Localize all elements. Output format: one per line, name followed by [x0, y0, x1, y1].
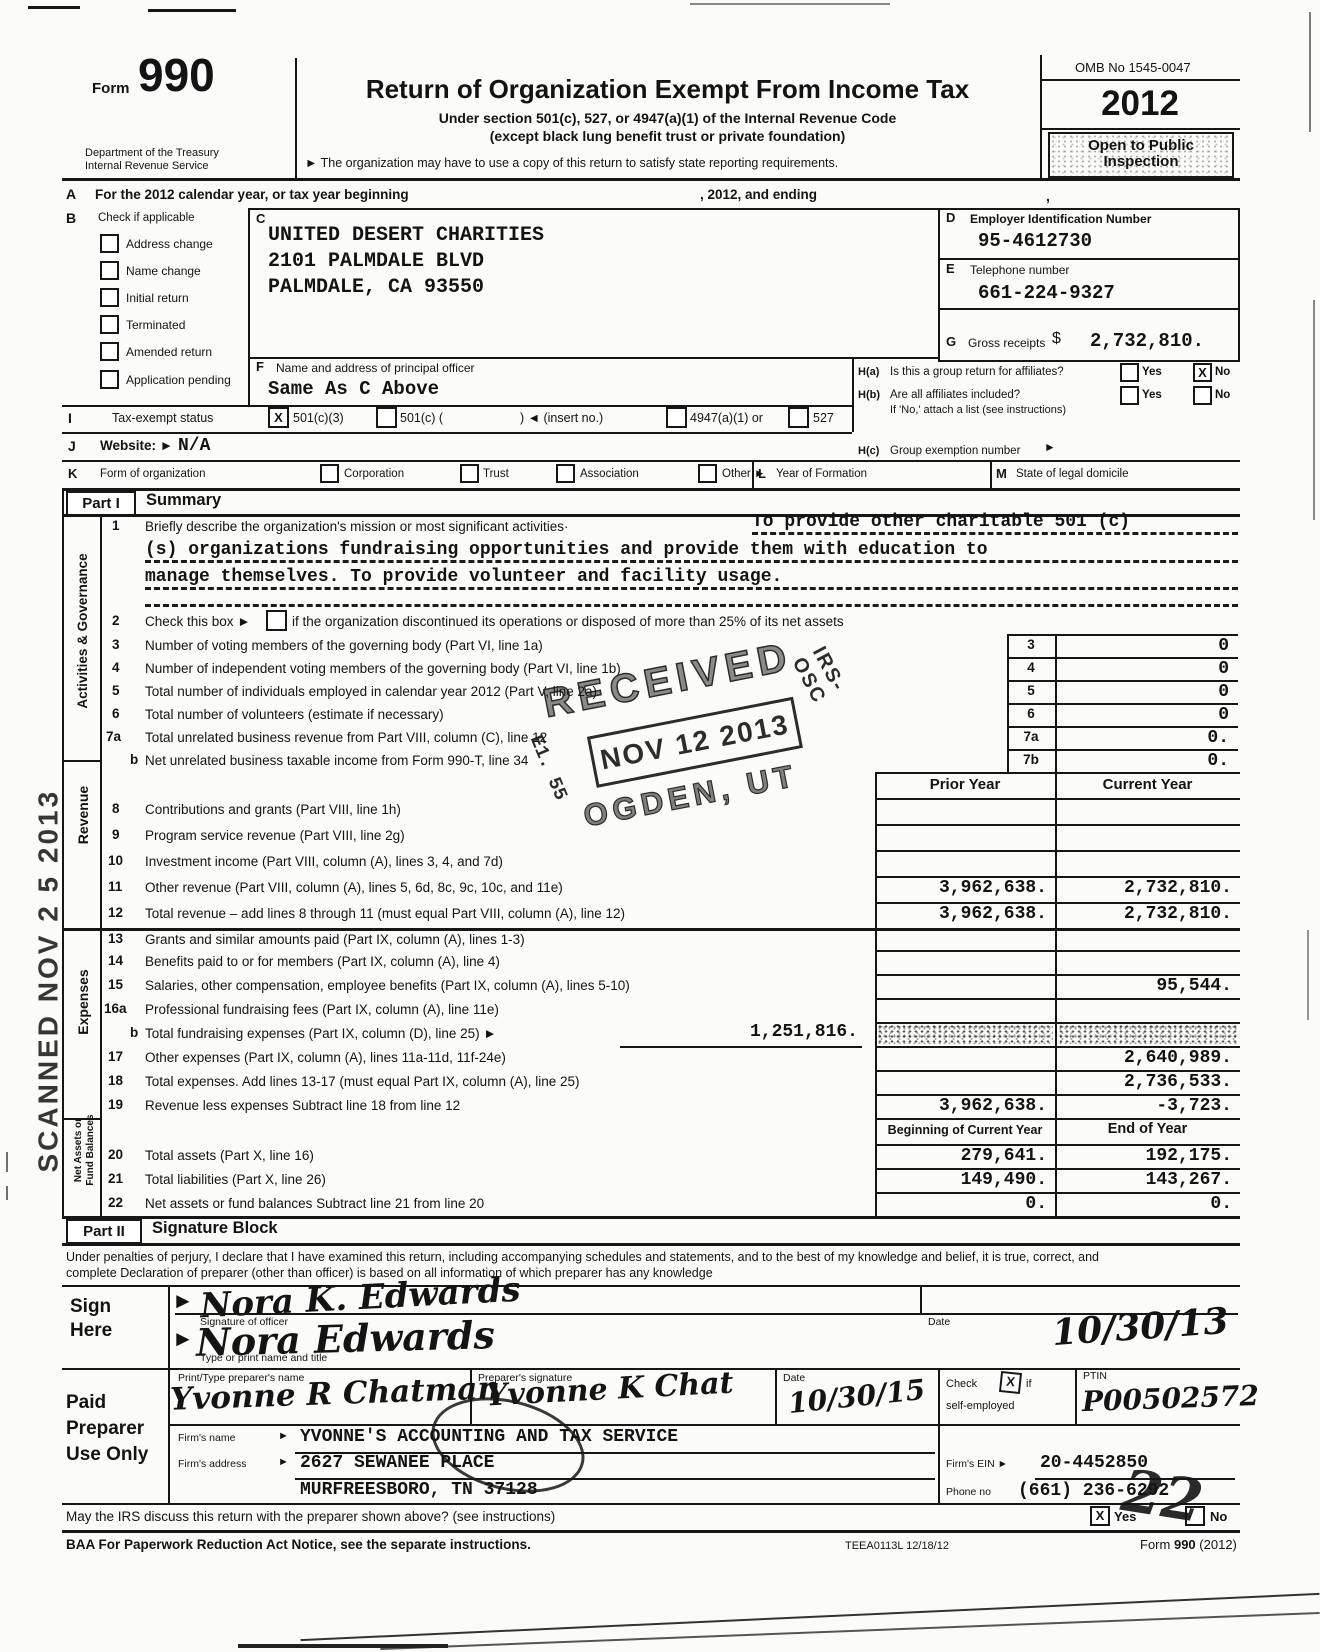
line2-num: 2 [112, 613, 120, 628]
divider [62, 1503, 1240, 1505]
exp-row-num: 17 [108, 1049, 123, 1064]
comma-mark: , [1046, 188, 1050, 204]
exp-row-current: -3,723. [1059, 1096, 1232, 1116]
form-subtitle2: (except black lung benefit trust or priv… [300, 128, 1035, 144]
firm-address2: MURFREESBORO, TN 37128 [300, 1480, 538, 1500]
gov-row-value: 0 [1057, 682, 1229, 702]
discontinued-checkbox[interactable] [266, 610, 287, 631]
col-current-year: Current Year [1055, 776, 1240, 793]
divider [938, 208, 940, 360]
received-stamp-code: IRS-OSC [787, 643, 860, 725]
org-address1: 2101 PALMDALE BLVD [268, 250, 484, 273]
discuss-yes-checkbox[interactable]: X [1090, 1506, 1110, 1526]
net-row-end: 0. [1059, 1194, 1232, 1214]
divider [1040, 128, 1240, 130]
footer-form-year: (2012) [1199, 1537, 1237, 1552]
gov-row-box: 7a [1007, 729, 1055, 744]
firm-ein-label: Firm's EIN ► [946, 1458, 1008, 1470]
org-trust-checkbox[interactable] [460, 464, 479, 483]
box-g-letter: G [946, 334, 956, 349]
printed-name-arrow: ► [172, 1326, 194, 1352]
option-501c-insert: ) ◄ (insert no.) [520, 411, 603, 425]
form-number: 990 [138, 48, 215, 102]
part2-tag: Part II [66, 1219, 142, 1244]
baa-notice: BAA For Paperwork Reduction Act Notice, … [66, 1537, 531, 1552]
rev-row-prior: 3,962,638. [877, 878, 1047, 898]
fundraising-total-value: 1,251,816. [690, 1022, 858, 1042]
form-of-org-label: Form of organization [100, 468, 205, 480]
divider [875, 824, 1240, 826]
website-label: Website: ► [100, 438, 173, 453]
omb-number: OMB No 1545-0047 [1075, 60, 1191, 75]
gov-row-num: 5 [112, 683, 120, 698]
part1-title: Summary [146, 491, 221, 510]
divider [62, 1530, 1240, 1533]
gov-row-box: 5 [1007, 683, 1055, 698]
org-address2: PALMDALE, CA 93550 [268, 276, 484, 299]
line-m-letter: M [996, 466, 1007, 481]
open-to-public-box: Open to Public Inspection [1048, 132, 1234, 178]
rev-row-text: Other revenue (Part VIII, column (A), li… [145, 880, 563, 895]
label-terminated: Terminated [126, 318, 185, 332]
divider [990, 460, 992, 488]
checkbox-initial-return[interactable] [100, 288, 119, 307]
sign-label-1: Sign [70, 1296, 111, 1318]
net-row-num: 20 [108, 1147, 123, 1162]
scanned-stamp: SCANNED NOV 2 5 2013 [33, 848, 69, 1173]
phone-no-label: Phone no [946, 1486, 991, 1498]
officer-date[interactable]: 10/30/13 [1051, 1300, 1230, 1354]
box-b-title: Check if applicable [98, 212, 195, 224]
mission-line1: To provide other charitable 501 (c) [752, 512, 1238, 535]
rev-row-current: 2,732,810. [1059, 878, 1232, 898]
ha-yes-label: Yes [1142, 366, 1162, 378]
tax-exempt-4947-checkbox[interactable] [666, 407, 687, 428]
col-prior-year: Prior Year [875, 776, 1055, 793]
ha-letter: H(a) [858, 366, 879, 378]
firm-name-arrow: ► [278, 1430, 289, 1442]
scan-artifact-line [690, 3, 890, 5]
gov-row-num: 7a [106, 729, 121, 744]
shaded-cell-current [1058, 1024, 1238, 1044]
gov-row-num: 4 [112, 660, 120, 675]
scan-artifact-line [6, 1186, 8, 1200]
check-x: X [1006, 1374, 1016, 1390]
open-to-public-line1: Open to Public [1050, 137, 1232, 154]
box-f-letter: F [256, 359, 264, 374]
rev-row-num: 8 [112, 801, 120, 816]
paid-label-2: Preparer [66, 1418, 144, 1440]
gov-row-box: 3 [1007, 637, 1055, 652]
exp-row-num: 13 [108, 931, 123, 946]
mission-line2: (s) organizations fundraising opportunit… [145, 540, 1238, 563]
sidebar-activities-governance: Activities & Governance [75, 515, 93, 747]
divider [248, 208, 1240, 210]
exp-row-text: Salaries, other compensation, employee b… [145, 978, 630, 993]
divider [248, 208, 250, 405]
rev-row-text: Program service revenue (Part VIII, line… [145, 828, 405, 843]
sidebar-expenses: Expenses [75, 942, 93, 1062]
option-trust: Trust [483, 468, 509, 480]
dept-line2: Internal Revenue Service [85, 160, 209, 172]
exp-row-text: Total expenses. Add lines 13-17 (must eq… [145, 1074, 579, 1089]
divider [938, 1424, 940, 1503]
gov-row-value: 0 [1057, 705, 1229, 725]
phone-label: Telephone number [970, 263, 1069, 277]
signature-arrow: ► [172, 1288, 194, 1314]
check-label: Check [946, 1378, 977, 1390]
open-to-public-line2: Inspection [1050, 153, 1232, 170]
form-title: Return of Organization Exempt From Incom… [300, 74, 1035, 105]
org-other-checkbox[interactable] [698, 464, 717, 483]
divider [938, 308, 1240, 310]
hb-yes-checkbox[interactable] [1120, 386, 1139, 405]
exp-row-num: 15 [108, 977, 123, 992]
website-value: N/A [178, 436, 210, 456]
divider [1238, 208, 1240, 360]
divider [62, 432, 852, 434]
perjury-line1: Under penalties of perjury, I declare th… [66, 1250, 1099, 1264]
firm-address-label: Firm's address [178, 1458, 247, 1470]
label-amended-return: Amended return [126, 345, 212, 359]
scan-artifact-line [1313, 300, 1315, 520]
gov-row-num: 3 [112, 637, 120, 652]
exp-row-text: Total fundraising expenses (Part IX, col… [145, 1026, 497, 1041]
checkbox-address-change[interactable] [100, 234, 119, 253]
footer-form-num: 990 [1174, 1537, 1196, 1552]
line-l-letter: L [758, 466, 766, 481]
divider [875, 798, 1240, 800]
ha-text: Is this a group return for affiliates? [890, 366, 1064, 378]
received-stamp-side: E1. 55 [525, 732, 572, 804]
scan-artifact-line [6, 1152, 8, 1172]
ptin-label: PTIN [1083, 1370, 1107, 1382]
gov-row-box: 6 [1007, 706, 1055, 721]
gov-row-text: Net unrelated business taxable income fr… [145, 753, 528, 768]
gov-row-text: Total number of volunteers (estimate if … [145, 707, 444, 722]
checkbox-terminated[interactable] [100, 315, 119, 334]
exp-row-text: Benefits paid to or for members (Part IX… [145, 954, 500, 969]
hc-text: Group exemption number [890, 445, 1020, 457]
divider [1075, 1368, 1077, 1424]
principal-officer-label: Name and address of principal officer [276, 361, 475, 375]
option-527: 527 [813, 411, 834, 425]
hb-letter: H(b) [858, 389, 880, 401]
divider [775, 1368, 777, 1424]
footer-form-word: Form [1140, 1537, 1170, 1552]
sidebar-net-assets: Net Assets or Fund Balances [73, 1090, 99, 1210]
gov-row-value: 0. [1057, 728, 1229, 748]
ha-yes-checkbox[interactable] [1120, 363, 1139, 382]
firm-name-label: Firm's name [178, 1432, 235, 1444]
exp-row-num: 16a [104, 1001, 127, 1016]
net-row-text: Total assets (Part X, line 16) [145, 1148, 314, 1163]
net-row-num: 21 [108, 1171, 123, 1186]
org-association-checkbox[interactable] [556, 464, 575, 483]
option-corporation: Corporation [344, 468, 404, 480]
self-employed-label: self-employed [946, 1400, 1014, 1412]
rev-row-prior: 3,962,638. [877, 904, 1047, 924]
col-end-of-year: End of Year [1055, 1121, 1240, 1137]
line-k-letter: K [68, 466, 77, 481]
shaded-cell-prior [877, 1024, 1053, 1044]
rev-row-num: 9 [112, 827, 120, 842]
rev-row-current: 2,732,810. [1059, 904, 1232, 924]
fundraising-underline [620, 1046, 862, 1048]
ein-label: Employer Identification Number [970, 212, 1151, 226]
divider [938, 1368, 940, 1424]
option-4947: 4947(a)(1) or [690, 411, 763, 425]
domicile-label: State of legal domicile [1016, 468, 1129, 480]
dept-line1: Department of the Treasury [85, 147, 219, 159]
hb-note: If 'No,' attach a list (see instructions… [890, 404, 1066, 416]
net-row-text: Net assets or fund balances Subtract lin… [145, 1196, 484, 1211]
hc-letter: H(c) [858, 445, 879, 457]
ptin-value[interactable]: P00502572 [1081, 1379, 1259, 1418]
exp-row-prior: 3,962,638. [877, 1096, 1047, 1116]
year-formation-label: Year of Formation [776, 468, 867, 480]
rev-row-text: Total revenue – add lines 8 through 11 (… [145, 906, 625, 921]
principal-officer-value: Same As C Above [268, 378, 439, 400]
exp-row-num: 14 [108, 953, 123, 968]
net-row-end: 192,175. [1059, 1146, 1232, 1166]
rev-row-text: Investment income (Part VIII, column (A)… [145, 854, 503, 869]
sidebar-net-line1: Net Assets or [73, 1090, 85, 1210]
discuss-text: May the IRS discuss this return with the… [66, 1509, 555, 1524]
divider [62, 760, 100, 762]
checkbox-application-pending[interactable] [100, 370, 119, 389]
divider [938, 360, 1240, 362]
option-501c: 501(c) ( [400, 411, 443, 425]
divider [62, 460, 1240, 462]
option-501c3: 501(c)(3) [293, 411, 344, 425]
exp-row-num: 19 [108, 1097, 123, 1112]
net-row-end: 143,267. [1059, 1170, 1232, 1190]
state-note: ► The organization may have to use a cop… [305, 156, 838, 170]
footer-code: TEEA0113L 12/18/12 [845, 1540, 949, 1552]
header-rule [62, 178, 1240, 181]
line-j-letter: J [68, 438, 76, 454]
tax-exempt-501c3-checkbox[interactable]: X [268, 407, 289, 428]
hb-yes-label: Yes [1142, 389, 1162, 401]
checkbox-name-change[interactable] [100, 261, 119, 280]
scan-artifact-line [148, 9, 236, 12]
ha-no-checkbox[interactable]: X [1193, 363, 1212, 382]
preparer-date[interactable]: 10/30/15 [787, 1373, 927, 1420]
divider [875, 850, 1240, 852]
part2-rule-bottom [62, 1243, 1240, 1246]
date-label: Date [928, 1316, 950, 1328]
dollar-sign: $ [1052, 330, 1061, 348]
tax-exempt-527-checkbox[interactable] [788, 407, 809, 428]
col-divider [1055, 772, 1057, 1216]
exp-row-current: 95,544. [1059, 976, 1232, 996]
firm-name-value: YVONNE'S ACCOUNTING AND TAX SERVICE [300, 1427, 678, 1447]
section-divider [62, 928, 1240, 931]
check-if-label: if [1026, 1378, 1032, 1390]
gov-row-num: b [130, 752, 138, 767]
paid-label-1: Paid [66, 1392, 106, 1414]
divider [875, 950, 1240, 952]
gross-receipts-label: Gross receipts [968, 336, 1045, 350]
exp-row-num: b [130, 1025, 138, 1040]
check-x: X [1096, 1508, 1105, 1523]
label-application-pending: Application pending [126, 373, 231, 387]
divider [875, 1118, 1240, 1120]
exp-row-text: Other expenses (Part IX, column (A), lin… [145, 1050, 506, 1065]
exp-row-text: Professional fundraising fees (Part IX, … [145, 1002, 499, 1017]
scan-artifact-line [238, 1644, 448, 1648]
gov-row-box: 4 [1007, 660, 1055, 675]
scan-artifact-line [28, 6, 80, 9]
exp-row-current: 2,640,989. [1059, 1048, 1232, 1068]
check-x: X [1198, 365, 1207, 380]
sign-label-2: Here [70, 1320, 112, 1342]
firm-address-arrow: ► [278, 1456, 289, 1468]
page-scribble: 22 [1117, 1456, 1207, 1536]
divider [62, 405, 852, 407]
divider [875, 998, 1240, 1000]
net-row-begin: 0. [877, 1194, 1047, 1214]
label-name-change: Name change [126, 264, 201, 278]
line-a-ending: , 2012, and ending [700, 187, 817, 202]
ein-value: 95-4612730 [978, 230, 1092, 252]
rev-row-text: Contributions and grants (Part VIII, lin… [145, 802, 401, 817]
form-year: 2012 [1040, 84, 1240, 124]
hb-no-label: No [1215, 389, 1230, 401]
box-c-letter: C [256, 211, 265, 226]
part1-tag: Part I [66, 491, 136, 516]
sidebar-net-line2: Fund Balances [85, 1090, 97, 1210]
discuss-no-label: No [1210, 1509, 1227, 1524]
sidebar-divider [100, 514, 102, 1216]
net-row-text: Total liabilities (Part X, line 26) [145, 1172, 326, 1187]
checkbox-amended-return[interactable] [100, 342, 119, 361]
line1-text: Briefly describe the organization's miss… [145, 519, 569, 534]
gov-row-text: Total number of individuals employed in … [145, 684, 597, 699]
tax-exempt-label: Tax-exempt status [112, 411, 213, 425]
self-employed-checkbox[interactable]: X [999, 1371, 1022, 1394]
gov-row-value: 0 [1057, 636, 1229, 656]
type-print-label: Type or print name and title [200, 1352, 327, 1364]
gov-row-text: Number of voting members of the governin… [145, 638, 543, 653]
label-address-change: Address change [126, 237, 213, 251]
net-row-begin: 279,641. [877, 1146, 1047, 1166]
org-corporation-checkbox[interactable] [320, 464, 339, 483]
phone-value: 661-224-9327 [978, 282, 1115, 304]
org-name: UNITED DESERT CHARITIES [268, 224, 544, 247]
option-association: Association [580, 468, 639, 480]
rev-row-num: 10 [108, 853, 123, 868]
line1-num: 1 [112, 518, 120, 533]
hb-text: Are all affiliates included? [890, 389, 1020, 401]
paid-label-3: Use Only [66, 1444, 148, 1466]
line2-text-a: Check this box ► [145, 614, 251, 629]
gov-row-box: 7b [1007, 752, 1055, 767]
part2-title: Signature Block [152, 1219, 278, 1238]
part1-rule-top [62, 488, 1240, 491]
gov-row-value: 0. [1057, 751, 1229, 771]
gross-receipts-value: 2,732,810. [1090, 330, 1204, 352]
preparer-date-label: Date [783, 1372, 805, 1384]
net-row-num: 22 [108, 1195, 123, 1210]
exp-row-text: Revenue less expenses Subtract line 18 f… [145, 1098, 460, 1113]
sidebar-revenue: Revenue [75, 760, 93, 870]
hc-arrow: ► [1044, 440, 1056, 454]
divider [752, 460, 754, 488]
tax-exempt-501c-checkbox[interactable] [376, 407, 397, 428]
ha-no-label: No [1215, 366, 1230, 378]
divider [168, 1285, 170, 1368]
divider [295, 58, 297, 178]
box-e-letter: E [946, 261, 955, 276]
firm-address1: 2627 SEWANEE PLACE [300, 1453, 494, 1473]
footer-form: Form 990 (2012) [1140, 1537, 1237, 1552]
form-990-page: { "glyphs":{"x":"X","arrow":"►","comma":… [0, 0, 1320, 1652]
exp-row-text: Grants and similar amounts paid (Part IX… [145, 932, 525, 947]
mission-line3: manage themselves. To provide volunteer … [145, 567, 1238, 590]
line-a-text: For the 2012 calendar year, or tax year … [95, 187, 409, 202]
divider [920, 1285, 922, 1313]
rev-row-num: 11 [108, 879, 122, 894]
form-word: Form [92, 80, 130, 97]
gov-row-text: Number of independent voting members of … [145, 661, 621, 676]
divider [938, 258, 1240, 260]
label-initial-return: Initial return [126, 291, 189, 305]
line2-text-b: if the organization discontinued its ope… [292, 614, 844, 629]
line-a-letter: A [66, 186, 76, 202]
scan-artifact-line [1309, 12, 1311, 132]
divider [168, 1424, 1240, 1426]
form-subtitle1: Under section 501(c), 527, or 4947(a)(1)… [300, 110, 1035, 126]
divider [875, 772, 1240, 774]
divider [248, 357, 938, 359]
rev-row-num: 12 [108, 905, 123, 920]
mission-blank-line [145, 592, 1238, 607]
exp-row-current: 2,736,533. [1059, 1072, 1232, 1092]
gov-row-text: Total unrelated business revenue from Pa… [145, 730, 547, 745]
col-beginning: Beginning of Current Year [875, 1123, 1055, 1137]
divider [852, 357, 854, 432]
line-i-letter: I [68, 410, 72, 426]
exp-row-num: 18 [108, 1073, 123, 1088]
scan-artifact-line [1307, 930, 1309, 1020]
net-row-begin: 149,490. [877, 1170, 1047, 1190]
gov-row-num: 6 [112, 706, 120, 721]
gov-row-value: 0 [1057, 659, 1229, 679]
hb-no-checkbox[interactable] [1193, 386, 1212, 405]
box-d-letter: D [946, 210, 955, 225]
divider [1040, 79, 1240, 81]
box-b-letter: B [66, 210, 76, 226]
check-x: X [274, 410, 283, 425]
